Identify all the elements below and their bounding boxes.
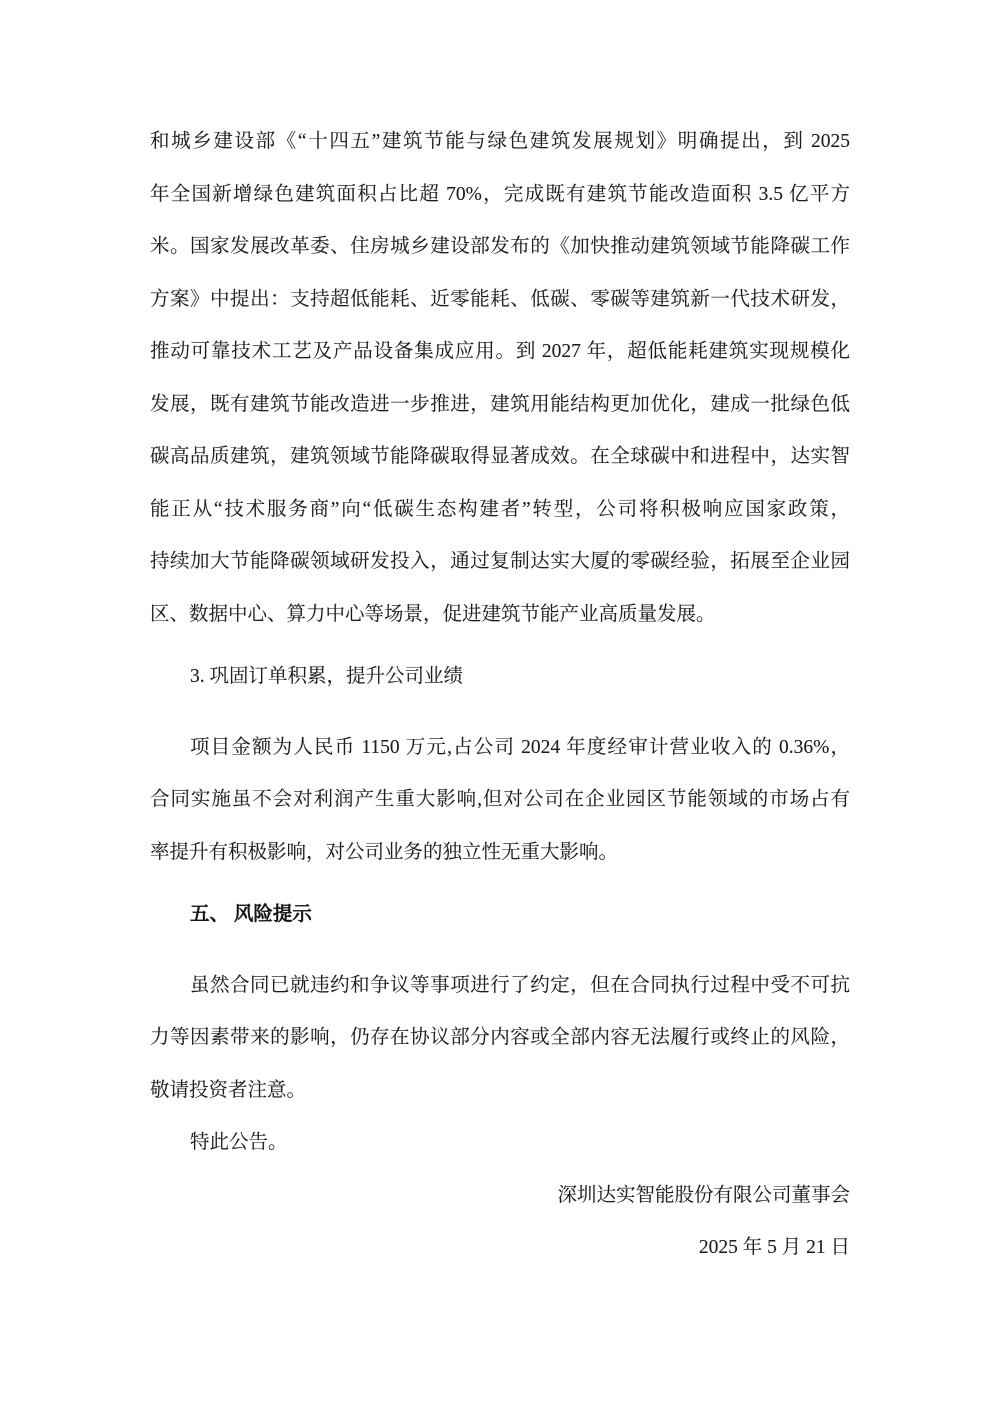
paragraph-line: 虽然合同已就违约和争议等事项进行了约定，但在合同执行过程中受不可抗 bbox=[150, 960, 850, 1013]
signature-line: 深圳达实智能股份有限公司董事会 bbox=[150, 1170, 850, 1223]
body-line: 方案》中提出：支持超低能耗、近零能耗、低碳、零碳等建筑新一代技术研发， bbox=[150, 274, 850, 327]
date-line: 2025 年 5 月 21 日 bbox=[150, 1222, 850, 1275]
body-line: 能正从“技术服务商”向“低碳生态构建者”转型，公司将积极响应国家政策， bbox=[150, 484, 850, 537]
paragraph-line: 项目金额为人民币 1150 万元,占公司 2024 年度经审计营业收入的 0.3… bbox=[150, 722, 850, 775]
paragraph-line: 力等因素带来的影响，仍存在协议部分内容或全部内容无法履行或终止的风险， bbox=[150, 1012, 850, 1065]
risk-section-heading: 五、 风险提示 bbox=[150, 889, 850, 942]
body-line: 区、数据中心、算力中心等场景，促进建筑节能产业高质量发展。 bbox=[150, 589, 850, 642]
paragraph-line: 合同实施虽不会对利润产生重大影响,但对公司在企业园区节能领域的市场占有 bbox=[150, 774, 850, 827]
document-body: 和城乡建设部《“十四五”建筑节能与绿色建筑发展规划》明确提出，到 2025 年全… bbox=[0, 0, 1000, 1275]
body-line: 碳高品质建筑，建筑领域节能降碳取得显著成效。在全球碳中和进程中，达实智 bbox=[150, 431, 850, 484]
document-page: 和城乡建设部《“十四五”建筑节能与绿色建筑发展规划》明确提出，到 2025 年全… bbox=[0, 0, 1000, 1414]
paragraph-line: 敬请投资者注意。 bbox=[150, 1065, 850, 1118]
section-heading-3: 3. 巩固订单积累，提升公司业绩 bbox=[150, 651, 850, 704]
body-line: 持续加大节能降碳领域研发投入，通过复制达实大厦的零碳经验，拓展至企业园 bbox=[150, 536, 850, 589]
body-line: 推动可靠技术工艺及产品设备集成应用。到 2027 年，超低能耗建筑实现规模化 bbox=[150, 326, 850, 379]
paragraph-line: 率提升有积极影响，对公司业务的独立性无重大影响。 bbox=[150, 827, 850, 880]
body-line: 年全国新增绿色建筑面积占比超 70%，完成既有建筑节能改造面积 3.5 亿平方 bbox=[150, 169, 850, 222]
body-line: 米。国家发展改革委、住房城乡建设部发布的《加快推动建筑领域节能降碳工作 bbox=[150, 221, 850, 274]
body-line: 和城乡建设部《“十四五”建筑节能与绿色建筑发展规划》明确提出，到 2025 bbox=[150, 116, 850, 169]
closing-line: 特此公告。 bbox=[150, 1117, 850, 1170]
body-line: 发展，既有建筑节能改造进一步推进，建筑用能结构更加优化，建成一批绿色低 bbox=[150, 379, 850, 432]
